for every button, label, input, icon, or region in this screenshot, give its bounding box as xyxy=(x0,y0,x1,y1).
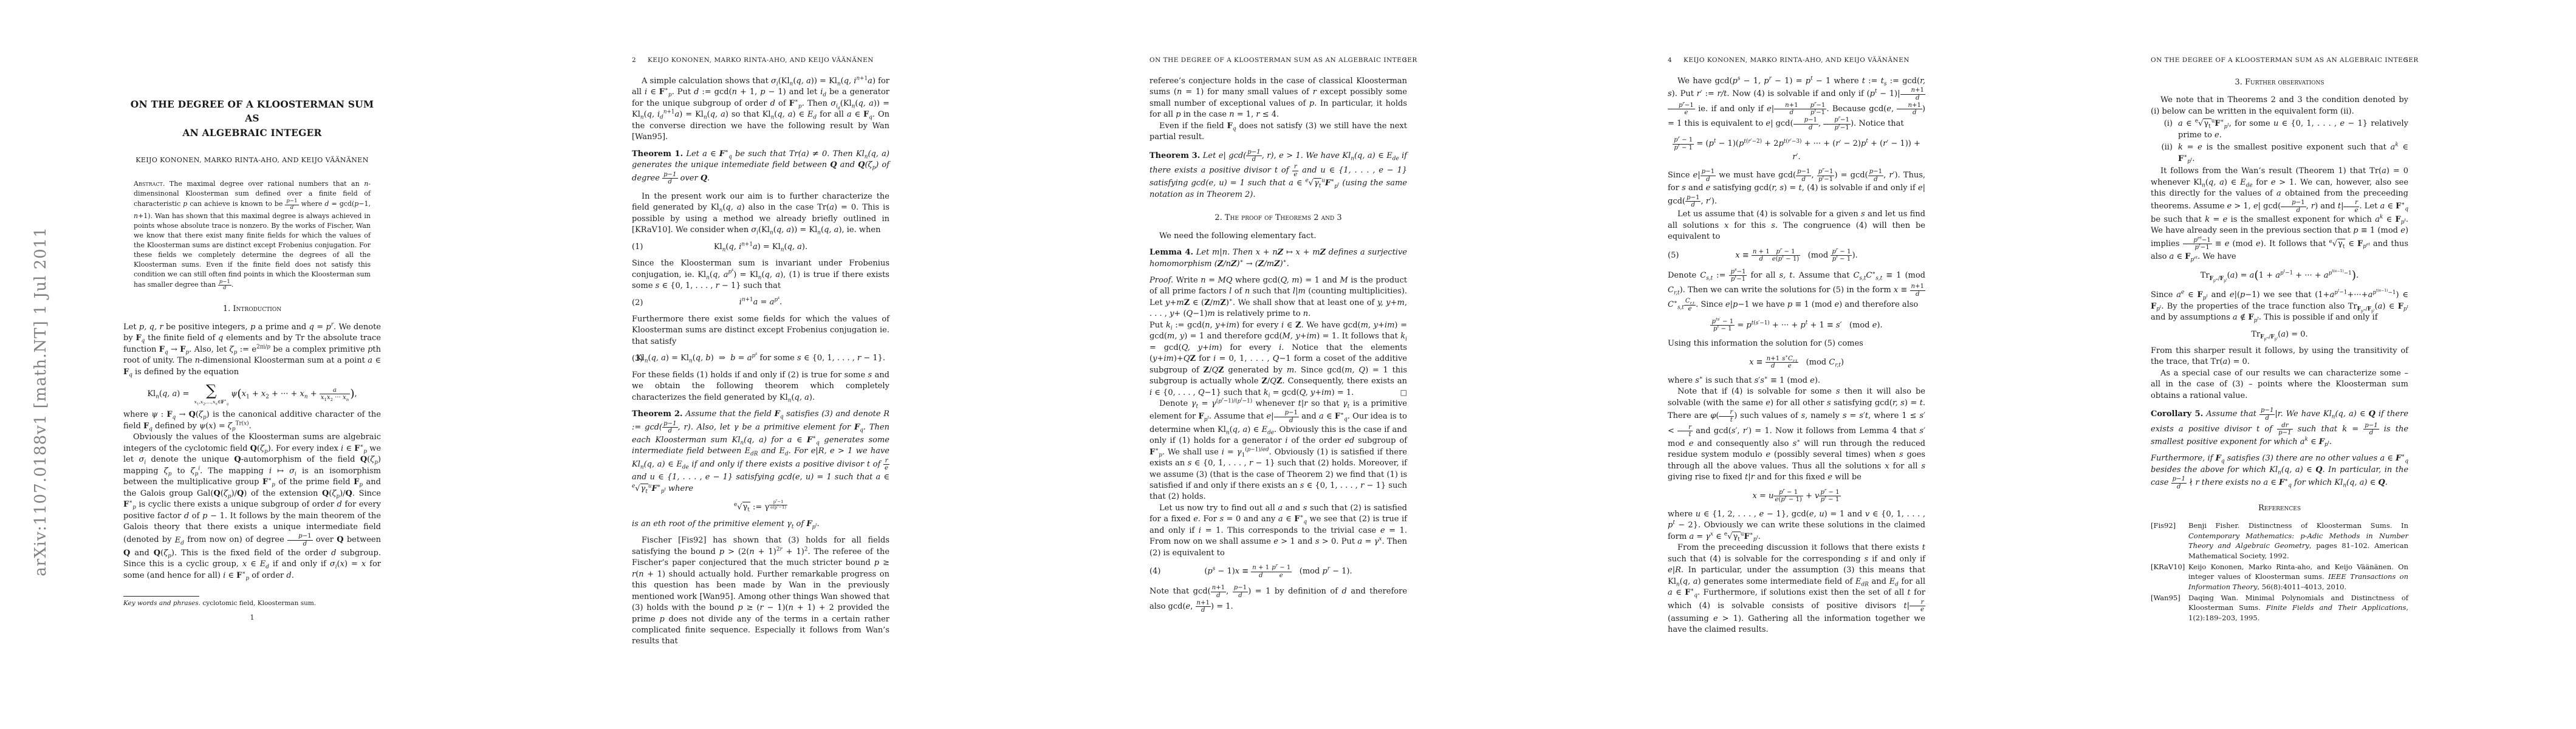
theorem: Theorem 3. Let e| gcd(p−1d, r), e > 1. W… xyxy=(1149,149,1407,201)
paper-title: ON THE DEGREE OF A KLOOSTERMAN SUM ASAN … xyxy=(123,97,381,140)
page-number: 3 xyxy=(1403,56,1407,65)
reference-entry: [KRaV10]Keijo Kononen, Marko Rinta-aho, … xyxy=(2151,562,2408,592)
paragraph: Since e|p−1d we must have gcd(p−1d, pr−1… xyxy=(1668,168,1925,209)
paragraph: From this sharper result it follows, by … xyxy=(2151,346,2408,368)
paragraph: where ψ : Fq → Q(ζp) is the canonical ad… xyxy=(123,409,381,432)
page-number-bottom: 1 xyxy=(123,613,381,623)
equation-number: (1) xyxy=(632,242,643,253)
running-head: ON THE DEGREE OF A KLOOSTERMAN SUM AS AN… xyxy=(2151,56,2408,65)
display-equation: (ps − 1)x ≡ n + 1dpr − 1e (mod pr − 1).(… xyxy=(1149,564,1407,579)
proof: Proof. Write n = MQ where gcd(Q, m) = 1 … xyxy=(1149,275,1407,320)
document-canvas: arXiv:1107.0188v1 [math.NT] 1 Jul 2011 O… xyxy=(0,0,2576,729)
list-item: (ii)k = e is the smallest positive expon… xyxy=(2151,142,2408,165)
paragraph: We have gcd(ps − 1, pr − 1) = pt − 1 whe… xyxy=(1668,76,1925,131)
paragraph: Even if the field Fq does not satisfy (3… xyxy=(1149,121,1407,143)
equation-number: (3) xyxy=(632,353,643,364)
paragraph: Let p, q, r be positive integers, p a pr… xyxy=(123,322,381,378)
paragraph: It follows from the Wan’s result (Theore… xyxy=(2151,166,2408,262)
section-heading: 1. Introduction xyxy=(123,304,381,315)
arxiv-watermark: arXiv:1107.0188v1 [math.NT] 1 Jul 2011 xyxy=(32,201,50,602)
list-item: (i)a ∈ e√γtuF∗pt, for some u ∈ {0, 1, . … xyxy=(2151,118,2408,141)
theorem: Theorem 2. Assume that the field Fq sati… xyxy=(632,409,889,495)
display-equation: Kln(q, in+1a) = Kln(q, a).(1) xyxy=(632,242,889,253)
section-heading: 3. Further observations xyxy=(2151,77,2408,88)
page-3: ON THE DEGREE OF A KLOOSTERMAN SUM AS AN… xyxy=(1149,56,1407,712)
display-equation: x = upr − 1e(pt − 1) + vpr − 1pt − 1 xyxy=(1668,489,1925,504)
section-heading: References xyxy=(2151,503,2408,514)
paragraph: As a special case of our results we can … xyxy=(2151,368,2408,402)
paragraph: Note that if (4) is solvable for some s … xyxy=(1668,386,1925,483)
paragraph: Let us now try to find out all a and s s… xyxy=(1149,503,1407,559)
paragraph: Denote γt = γ(pr−1)/(pt−1) whenever t|r … xyxy=(1149,399,1407,503)
paragraph: Since the Kloosterman sum is invariant u… xyxy=(632,258,889,292)
display-equation: pts′ − 1pt − 1 = pt(s′−1) + ··· + pt + 1… xyxy=(1668,318,1925,333)
equation-number: (2) xyxy=(632,297,643,308)
paragraph: Note that gcd(n+1d, p−1d) = 1 by definit… xyxy=(1149,584,1407,614)
page-number: 2 xyxy=(632,56,636,65)
display-equation: in+1a = aps.(2) xyxy=(632,297,889,308)
paragraph: Fischer [Fis92] has shown that (3) holds… xyxy=(632,535,889,648)
paragraph: Denote Cs,t := ps−1pt−1 for all s, t. As… xyxy=(1668,269,1925,313)
running-head: 2KEIJO KONONEN, MARKO RINTA-AHO, AND KEI… xyxy=(632,56,889,65)
page-4: 4KEIJO KONONEN, MARKO RINTA-AHO, AND KEI… xyxy=(1668,56,1925,712)
page-5: ON THE DEGREE OF A KLOOSTERMAN SUM AS AN… xyxy=(2151,56,2408,712)
paragraph: where u ∈ {1, 2, . . . , e − 1}, gcd(e, … xyxy=(1668,509,1925,542)
lemma: Lemma 4. Let m|n. Then x + nZ ↦ x + mZ d… xyxy=(1149,247,1407,270)
proof: Put ki := gcd(n, y+im) for every i ∈ Z. … xyxy=(1149,320,1407,399)
reference-label: [Wan95] xyxy=(2151,593,2188,623)
page-number: 5 xyxy=(2404,56,2408,65)
qed-symbol: □ xyxy=(1400,388,1407,398)
equation-number: (4) xyxy=(1149,566,1160,577)
equation-number: (5) xyxy=(1668,250,1679,261)
theorem: is an eth root of the primitive element … xyxy=(632,519,889,530)
running-head: 4KEIJO KONONEN, MARKO RINTA-AHO, AND KEI… xyxy=(1668,56,1925,65)
paragraph: Using this information the solution for … xyxy=(1668,338,1925,349)
paragraph: Since ae ∈ Fpt and e|(p−1) we see that (… xyxy=(2151,290,2408,323)
page-number: 4 xyxy=(1668,56,1672,65)
paragraph: In the present work our aim is to furthe… xyxy=(632,191,889,236)
paragraph: We note that in Theorems 2 and 3 the con… xyxy=(2151,95,2408,117)
paragraph: From the preceeding discussion it follow… xyxy=(1668,542,1925,635)
display-equation: TrFpet/Fpt(a) = 0. xyxy=(2151,329,2408,340)
reference-label: [KRaV10] xyxy=(2151,562,2188,592)
reference-label: [Fis92] xyxy=(2151,521,2188,561)
paragraph: For these fields (1) holds if and only i… xyxy=(632,370,889,403)
display-equation: pr − 1pt − 1 = (pt − 1)(pt(r′−2) + 2pt(r… xyxy=(1668,137,1925,163)
paragraph: Let us assume that (4) is solvable for a… xyxy=(1668,209,1925,242)
display-equation: Kln(q, a) = ∑x1,x2,...,xn∈F∗qψ(x1 + x2 +… xyxy=(123,383,381,405)
section-heading: 2. The proof of Theorems 2 and 3 xyxy=(1149,213,1407,224)
display-equation: x ≡ n+1ds∗Cr,te (mod Cr,t) xyxy=(1668,355,1925,370)
paragraph: Furthermore there exist some fields for … xyxy=(632,314,889,347)
corollary: Corollary 5. Assume that p−1d|r. We have… xyxy=(2151,407,2408,448)
paragraph: where s∗ is such that s′s∗ ≡ 1 (mod e). xyxy=(1668,375,1925,386)
reference-entry: [Fis92]Benji Fisher. Distinctness of Klo… xyxy=(2151,521,2408,561)
footnote: Key words and phrases. cyclotomic field,… xyxy=(123,599,381,608)
paragraph: referee’s conjecture holds in the case o… xyxy=(1149,76,1407,121)
display-equation: x ≡ n + 1dpr − 1e(pt − 1) (mod pr − 1pt … xyxy=(1668,248,1925,263)
authors-line: KEIJO KONONEN, MARKO RINTA-AHO, AND KEIJ… xyxy=(123,156,381,165)
page-1: ON THE DEGREE OF A KLOOSTERMAN SUM ASAN … xyxy=(123,56,381,712)
display-equation: TrFpet/Fpt(a) = a(1 + apt−1 + ··· + apt(… xyxy=(2151,268,2408,284)
paragraph: A simple calculation shows that σi(Kln(q… xyxy=(632,76,889,143)
paragraph: Obviously the values of the Kloosterman … xyxy=(123,432,381,581)
abstract: Abstract. The maximal degree over ration… xyxy=(134,179,371,292)
display-equation: e√γt := γpr−1e(pt−1) xyxy=(632,500,889,513)
corollary: Furthermore, if Fq satisfies (3) there a… xyxy=(2151,453,2408,490)
running-head: ON THE DEGREE OF A KLOOSTERMAN SUM AS AN… xyxy=(1149,56,1407,65)
theorem: Theorem 1. Let a ∈ F∗q be such that Tr(a… xyxy=(632,149,889,186)
paragraph: We need the following elementary fact. xyxy=(1149,231,1407,242)
footnote-rule xyxy=(123,596,199,597)
reference-entry: [Wan95]Daqing Wan. Minimal Polynomials a… xyxy=(2151,593,2408,623)
page-2: 2KEIJO KONONEN, MARKO RINTA-AHO, AND KEI… xyxy=(632,56,889,712)
display-equation: Kln(q, a) = Kln(q, b) ⇒ b = aps for some… xyxy=(632,353,889,364)
